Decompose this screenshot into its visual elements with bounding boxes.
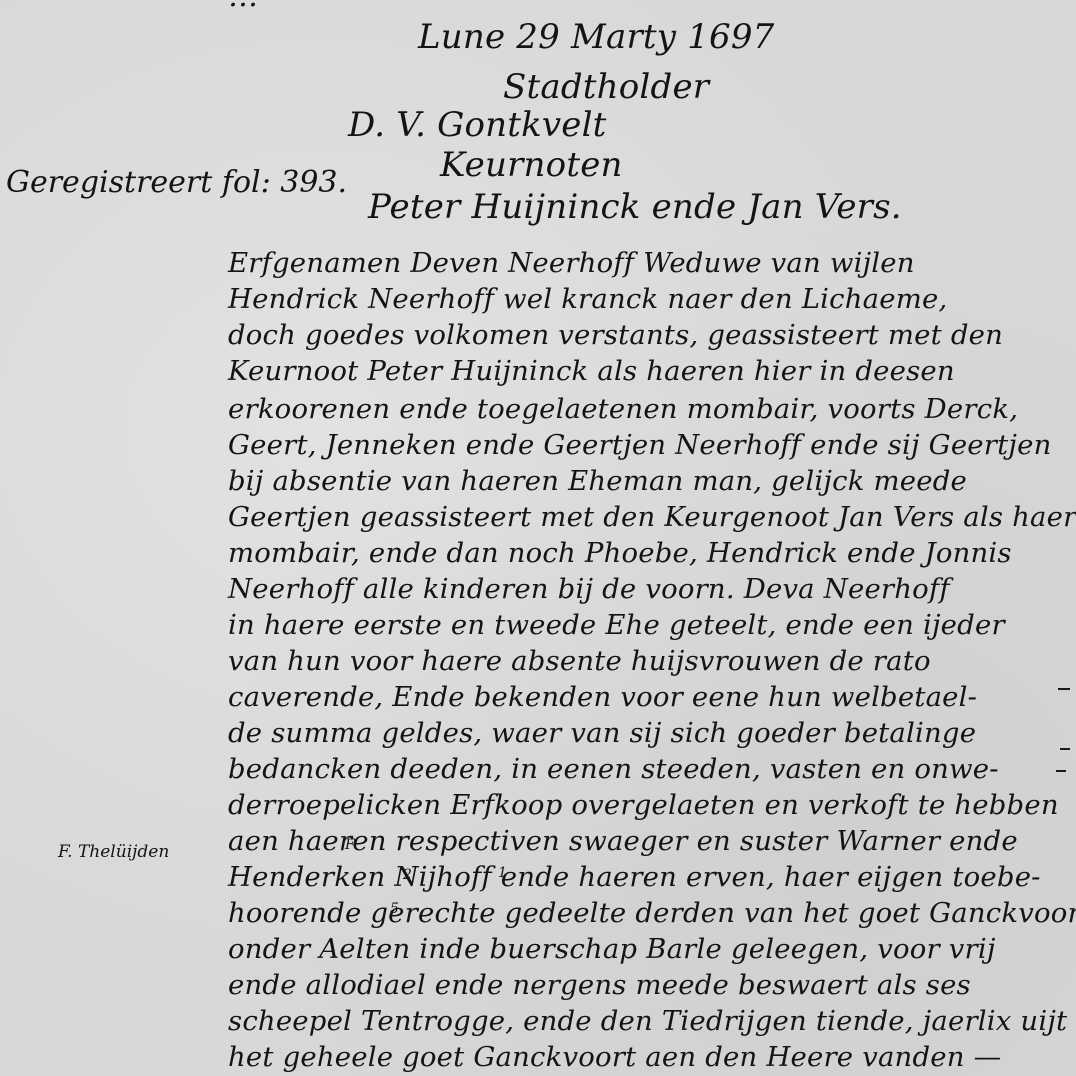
body-line: erkoorenen ende toegelaetenen mombair, v… [228, 396, 1018, 424]
body-line: ende allodiael ende nergens meede beswae… [228, 972, 971, 1000]
margin-note-signature: F. Thelüijden [58, 844, 169, 861]
top-fragment: … [228, 0, 258, 12]
body-line: Erfgenamen Deven Neerhoff Weduwe van wij… [228, 250, 915, 278]
header-official: D. V. Gontkvelt [348, 108, 607, 142]
body-line: caverende, Ende bekenden voor eene hun w… [228, 684, 977, 712]
body-line: Hendrick Neerhoff wel kranck naer den Li… [228, 286, 947, 314]
line-end-dash [1058, 688, 1070, 690]
superscript-2: 2 [403, 868, 412, 882]
body-line: Henderken Nijhoff ende haeren erven, hae… [228, 864, 1041, 892]
line-end-dash [1056, 770, 1066, 772]
superscript-1: 1 [498, 866, 507, 880]
header-role: Keurnoten [440, 148, 623, 182]
body-line: Geertjen geassisteert met den Keurgenoot… [228, 504, 1076, 532]
body-line: Neerhoff alle kinderen bij de voorn. Dev… [228, 576, 950, 604]
header-date: Lune 29 Marty 1697 [418, 20, 775, 54]
body-line: hoorende gerechte gedeelte derden van he… [228, 900, 1076, 928]
margin-note-registered: Geregistreert fol: 393. [6, 168, 347, 198]
line-end-dash [1060, 748, 1070, 750]
body-line: Geert, Jenneken ende Geertjen Neerhoff e… [228, 432, 1051, 460]
header-title: Stadtholder [503, 70, 709, 104]
body-line: bedancken deeden, in eenen steeden, vast… [228, 756, 999, 784]
body-line: doch goedes volkomen verstants, geassist… [228, 322, 1003, 350]
body-line: van hun voor haere absente huijsvrouwen … [228, 648, 931, 676]
body-line: onder Aelten inde buerschap Barle geleeg… [228, 936, 996, 964]
document-page: … Lune 29 Marty 1697 Stadtholder D. V. G… [0, 0, 1076, 1076]
body-line: derroepelicken Erfkoop overgelaeten en v… [228, 792, 1059, 820]
superscript-5: 5 [390, 902, 399, 916]
body-line: bij absentie van haeren Eheman man, geli… [228, 468, 967, 496]
body-line: mombair, ende dan noch Phoebe, Hendrick … [228, 540, 1012, 568]
body-line: scheepel Tentrogge, ende den Tiedrijgen … [228, 1008, 1067, 1036]
superscript-f: F [345, 838, 355, 852]
body-line: het geheele goet Ganckvoort aen den Heer… [228, 1044, 1001, 1072]
body-line: de summa geldes, waer van sij sich goede… [228, 720, 976, 748]
body-line: in haere eerste en tweede Ehe geteelt, e… [228, 612, 1005, 640]
body-line: Keurnoot Peter Huijninck als haeren hier… [228, 358, 955, 386]
header-parties: Peter Huijninck ende Jan Vers. [368, 190, 902, 224]
